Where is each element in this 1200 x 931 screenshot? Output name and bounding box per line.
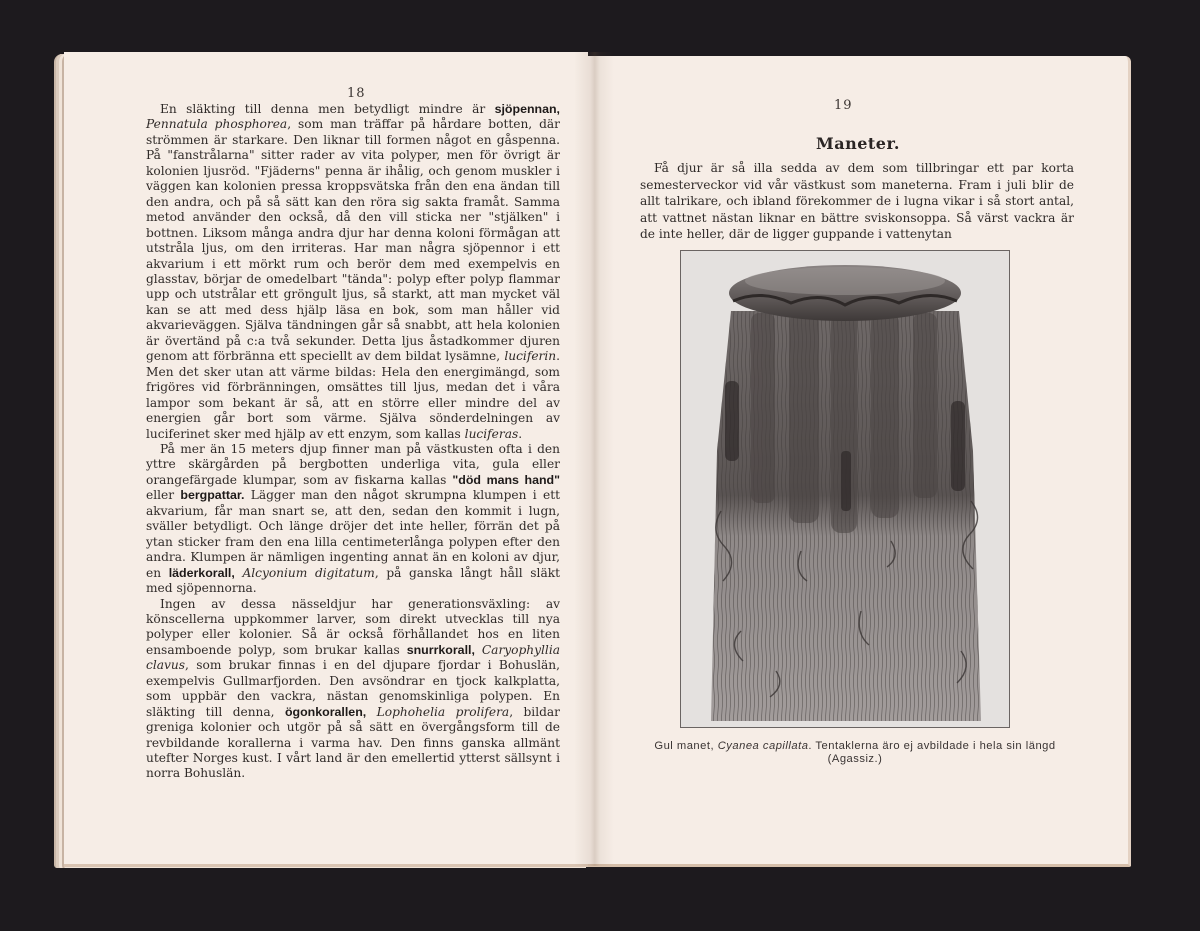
bold-term: ögonkorallen,	[285, 705, 366, 719]
text-run	[475, 643, 482, 657]
text-run: Gul manet,	[654, 740, 717, 752]
left-page: 18 En släkting till denna men betydligt …	[64, 52, 588, 867]
latin-name: luciferin	[504, 349, 556, 363]
text-run: .	[518, 427, 522, 441]
latin-name: Cyanea capillata	[718, 740, 809, 752]
latin-name: Lophohelia prolifera	[377, 705, 510, 719]
bold-term: läderkorall,	[169, 566, 235, 580]
bold-term: sjöpennan,	[495, 102, 560, 116]
page-number: 19	[834, 98, 853, 113]
jellyfish-illustration-icon	[681, 251, 1009, 727]
paragraph: Få djur är så illa sedda av dem som till…	[640, 160, 1074, 243]
paragraph: En släkting till denna men betydligt min…	[146, 102, 560, 442]
chapter-title: Maneter.	[588, 134, 1128, 153]
paragraph: På mer än 15 meters djup finner man på v…	[146, 442, 560, 597]
latin-name: Pennatula phosphorea	[146, 117, 287, 131]
text-run: , som man träffar på hårdare botten, där…	[146, 117, 560, 363]
paragraph: Ingen av dessa nässeldjur har generation…	[146, 597, 560, 782]
text-run: Få djur är så illa sedda av dem som till…	[640, 161, 1074, 241]
text-run: En släkting till denna men betydligt min…	[160, 102, 495, 116]
bold-term: "död mans hand"	[452, 473, 560, 487]
bold-term: bergpattar.	[180, 488, 244, 502]
bold-term: snurrkorall,	[407, 643, 475, 657]
open-book: 18 En släkting till denna men betydligt …	[54, 52, 1138, 868]
latin-name: Alcyonium digitatum	[242, 566, 374, 580]
figure-caption: Gul manet, Cyanea capillata. Tentaklerna…	[632, 740, 1078, 766]
page-number: 18	[347, 86, 366, 101]
right-page-body: Få djur är så illa sedda av dem som till…	[640, 160, 1074, 243]
text-run	[366, 705, 376, 719]
figure-jellyfish	[680, 250, 1010, 728]
left-page-body: En släkting till denna men betydligt min…	[146, 102, 560, 782]
text-run: . Tentaklerna äro ej avbildade i hela si…	[808, 740, 1055, 765]
right-page: 19 Maneter. Få djur är så illa sedda av …	[588, 56, 1131, 867]
text-run: eller	[146, 488, 180, 502]
latin-name: luciferas	[465, 427, 519, 441]
